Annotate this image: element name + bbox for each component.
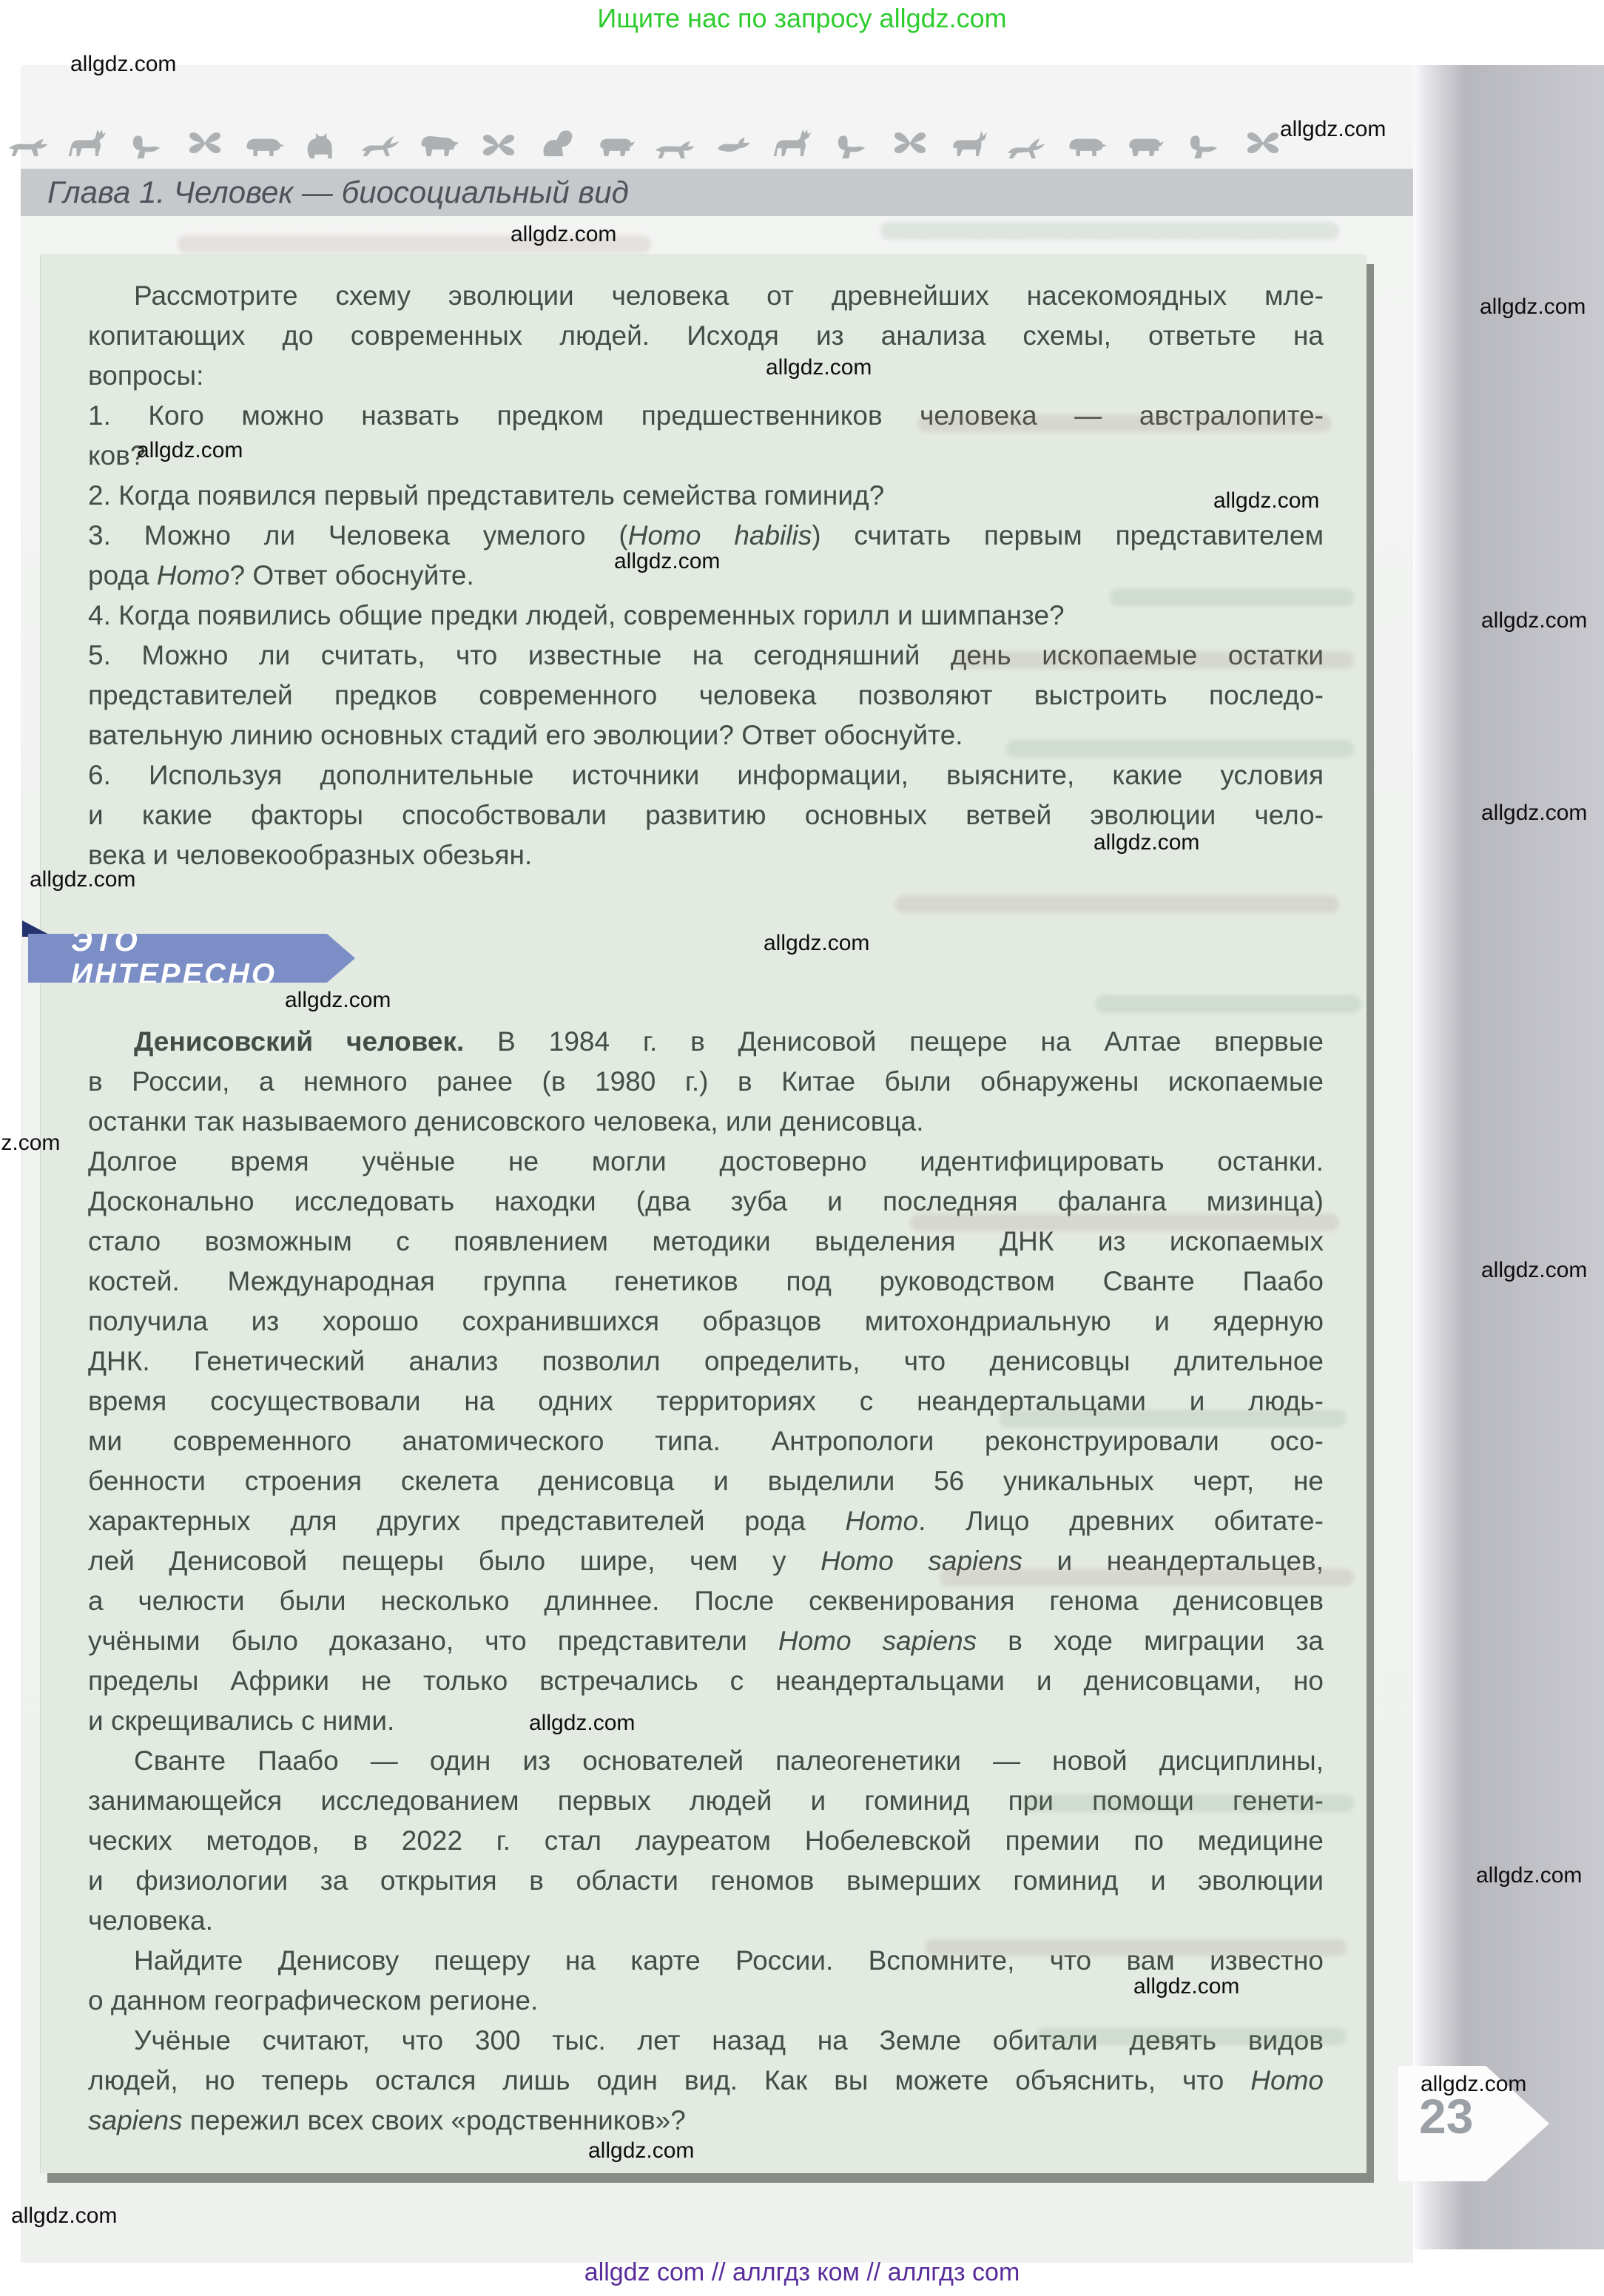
watermark: allgdz.com [1421,2072,1526,2097]
page-edge-strip [1413,65,1604,2249]
butterfly-silhouette-icon [1241,124,1284,161]
text-line: учёными было доказано, что представители… [88,1621,1324,1661]
ghost-text-line [954,651,1354,669]
watermark: allgdz.com [1481,608,1587,633]
ghost-text-line [917,414,1332,432]
butterfly-silhouette-icon [889,124,931,161]
watermark: allgdz.com [1481,801,1587,826]
watermark: allgdz.com [529,1711,635,1736]
watermark: allgdz.com [137,438,243,463]
watermark: allgdz.com [285,988,391,1013]
butterfly-silhouette-icon [183,124,226,161]
interesting-ribbon: ЭТО ИНТЕРЕСНО [28,934,355,983]
chapter-header-band: Глава 1. Человек — биосоциальный вид [21,169,1413,216]
bird-silhouette-icon [125,129,168,161]
chapter-title: Глава 1. Человек — биосоциальный вид [47,175,629,210]
watermark: allgdz.com [0,1131,60,1156]
interesting-ribbon-label: ЭТО ИНТЕРЕСНО [71,925,355,992]
watermark: allgdz.com [1133,1974,1239,1999]
text-line: sapiens пережил всех своих «родственнико… [88,2101,1324,2141]
text-line: 2. Когда появился первый представитель с… [88,476,1324,516]
ghost-text-line [910,1213,1339,1231]
watermark: allgdz.com [11,2204,117,2229]
watermark: allgdz.com [30,867,135,892]
text-line: ческих методов, в 2022 г. стал лауреатом… [88,1821,1324,1861]
watermark: allgdz.com [588,2138,694,2164]
bison-silhouette-icon [419,124,462,161]
text-line: останки так называемого денисовского чел… [88,1102,1324,1142]
watermark: allgdz.com [1280,117,1386,142]
text-line: Долгое время учёные не могли достоверно … [88,1142,1324,1182]
ghost-text-line [940,1569,1354,1586]
text-line: Сванте Паабо — один из основателей палео… [88,1741,1324,1781]
text-line: получила из хорошо сохранившихся образцо… [88,1302,1324,1341]
text-line: в России, а немного ранее (в 1980 г.) в … [88,1062,1324,1102]
butterfly-silhouette-icon [477,129,520,161]
ghost-text-line [1036,2027,1347,2045]
text-line: вопросы: [88,356,1324,396]
moose-silhouette-icon [66,124,109,161]
bird-silhouette-icon [830,129,873,161]
text-line: копитающих до современных людей. Исходя … [88,316,1324,356]
text-line: Денисовский человек. В 1984 г. в Денисов… [88,1022,1324,1062]
ghost-text-line [1095,995,1361,1013]
ghost-text-line [999,1410,1347,1427]
questions-text-block: Рассмотрите схему эволюции человека от д… [88,276,1324,875]
goat-silhouette-icon [948,124,991,161]
duck-silhouette-icon [712,124,755,161]
text-line: и физиологии за открытия в области геном… [88,1861,1324,1901]
text-line: человека. [88,1901,1324,1941]
watermark: allgdz.com [1476,1863,1582,1888]
hare-silhouette-icon [360,124,403,161]
boar-silhouette-icon [1065,124,1108,161]
text-line: пределы Африки не только встречались с н… [88,1661,1324,1701]
watermark: allgdz.com [70,52,176,77]
ghost-text-line [1006,740,1354,758]
text-line: людей, но теперь остался лишь один вид. … [88,2061,1324,2101]
watermark: allgdz.com [614,549,720,574]
fox-silhouette-icon [654,129,697,161]
promo-caption-bottom: allgdz com // аллгдз ком // аллгдз com [0,2258,1604,2287]
watermark: allgdz.com [1480,294,1586,320]
boar-silhouette-icon [243,124,286,161]
text-line: ми современного анатомического типа. Ант… [88,1421,1324,1461]
cow-silhouette-icon [595,124,638,161]
hare-silhouette-icon [1006,129,1049,161]
text-line: и скрещивались с ними. [88,1701,1324,1741]
animal-frieze [7,115,1284,161]
text-line: а челюсти были несколько длиннее. После … [88,1581,1324,1621]
text-line: 6. Используя дополнительные источники ин… [88,755,1324,795]
ghost-text-line [1110,588,1354,606]
text-line: характерных для других представителей ро… [88,1501,1324,1541]
text-line: представителей предков современного чело… [88,676,1324,716]
fox-silhouette-icon [7,124,50,161]
ghost-text-line [880,222,1339,240]
watermark: allgdz.com [764,931,869,956]
bird-silhouette-icon [1182,129,1225,161]
cat-silhouette-icon [301,129,344,161]
text-line: и какие факторы способствовали развитию … [88,795,1324,835]
moose-silhouette-icon [771,124,814,161]
text-line: ДНК. Генетический анализ позволил опреде… [88,1341,1324,1381]
text-line: бенности строения скелета денисовца и вы… [88,1461,1324,1501]
watermark: allgdz.com [1213,488,1319,514]
watermark: allgdz.com [766,355,872,380]
promo-caption-top: Ищите нас по запросу allgdz.com [0,3,1604,34]
cow-silhouette-icon [1124,124,1167,161]
watermark: allgdz.com [1094,830,1199,855]
text-line: ков? [88,436,1324,476]
text-line: Рассмотрите схему эволюции человека от д… [88,276,1324,316]
scanned-textbook-page: { "top_banner": { "text": "Ищите нас по … [0,0,1604,2296]
text-line: костей. Международная группа генетиков п… [88,1262,1324,1302]
ghost-text-line [895,895,1339,913]
squirrel-silhouette-icon [536,124,579,161]
watermark: allgdz.com [1481,1258,1587,1283]
ghost-text-line [1021,1794,1354,1812]
watermark: allgdz.com [510,222,616,247]
ghost-text-line [925,1939,1347,1956]
